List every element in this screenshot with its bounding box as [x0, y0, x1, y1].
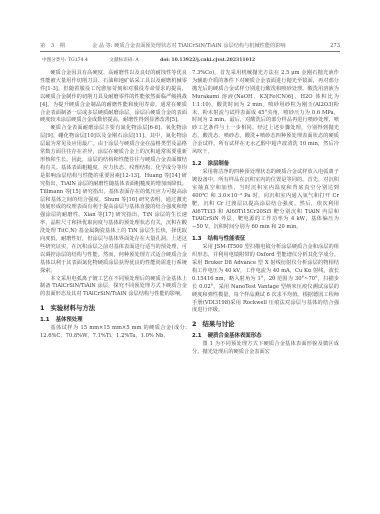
issue-number: 第 3 期 — [40, 42, 67, 51]
left-column: 硬质合金因具有高硬度、高耐磨性以及良好的耐蚀性等优良性能被大量用作切削刀具、石油… — [40, 70, 187, 341]
section-heading-1: 1实验材料与方法 — [40, 303, 187, 313]
coating-paragraph: 采用将洁净的四种预处理状态的硬质合金试样放入电弧离子镀设备中，所有样品在沉积室内… — [192, 169, 339, 232]
clc-number: 中图分类号: TG174.4 — [42, 57, 88, 65]
right-column: 7.3%Co)。首先采用机械抛光方法在 2.5 μm 金刚石抛光液作为辅助介质的… — [192, 70, 339, 357]
article-meta: 中图分类号: TG174.4 文献标识码: A doi: 10.13922/j.… — [42, 57, 340, 65]
section-heading-2: 2结果与讨论 — [192, 319, 339, 329]
running-title: 金 晶 等: 硬质合金表面预处理状态对 TiAlCrSiN/TiAlN 涂层结构… — [92, 42, 286, 51]
subsection-heading-1-3: 1.3结构与性能表征 — [192, 235, 339, 244]
intro-paragraph-2: 硬质合金表面耐磨涂层主要有氮化物涂层[6-8]、氧化物涂层[9]、硼化物涂层[1… — [40, 125, 187, 275]
characterization-paragraph: 采用 JSM-IT500 型扫描电镜分析涂层硬质合金和涂层的组织形态，并利用电镜… — [192, 244, 339, 315]
doi: doi: 10.13922/j.cnki.cjvst.202311012 — [160, 57, 255, 65]
intro-paragraph-1: 硬质合金因具有高硬度、高耐磨性以及良好的耐蚀性等优良性能被大量用作切削刀具、石油… — [40, 70, 187, 125]
subsection-heading-1-2: 1.2涂层制备 — [192, 160, 339, 169]
running-head: 第 3 期 金 晶 等: 硬质合金表面预处理状态对 TiAlCrSiN/TiAl… — [40, 42, 340, 52]
document-code: 文献标识码: A — [109, 57, 138, 65]
page-number: 273 — [330, 42, 340, 51]
intro-paragraph-3: 本文采用电弧离子镀工艺在不同预处理后的硬质合金基体上制备 TiAlCrSiN/T… — [40, 276, 187, 300]
subsection-heading-1-1: 1.1基体预处理 — [40, 316, 187, 325]
pretreatment-paragraph: 7.3%Co)。首先采用机械抛光方法在 2.5 μm 金刚石抛光液作为辅助介质的… — [192, 70, 339, 157]
results-paragraph: 图 1 为不同预处理方式下硬质合金基体表面形貌及微区成分。抛光处理后的硬质合金表… — [192, 341, 339, 357]
substrate-paragraph: 基体试样为 15 mm×15 mm×5 mm 的硬质合金(成分: 12.6%C、… — [40, 325, 187, 341]
journal-page: 第 3 期 金 晶 等: 硬质合金表面预处理状态对 TiAlCrSiN/TiAl… — [40, 0, 340, 514]
